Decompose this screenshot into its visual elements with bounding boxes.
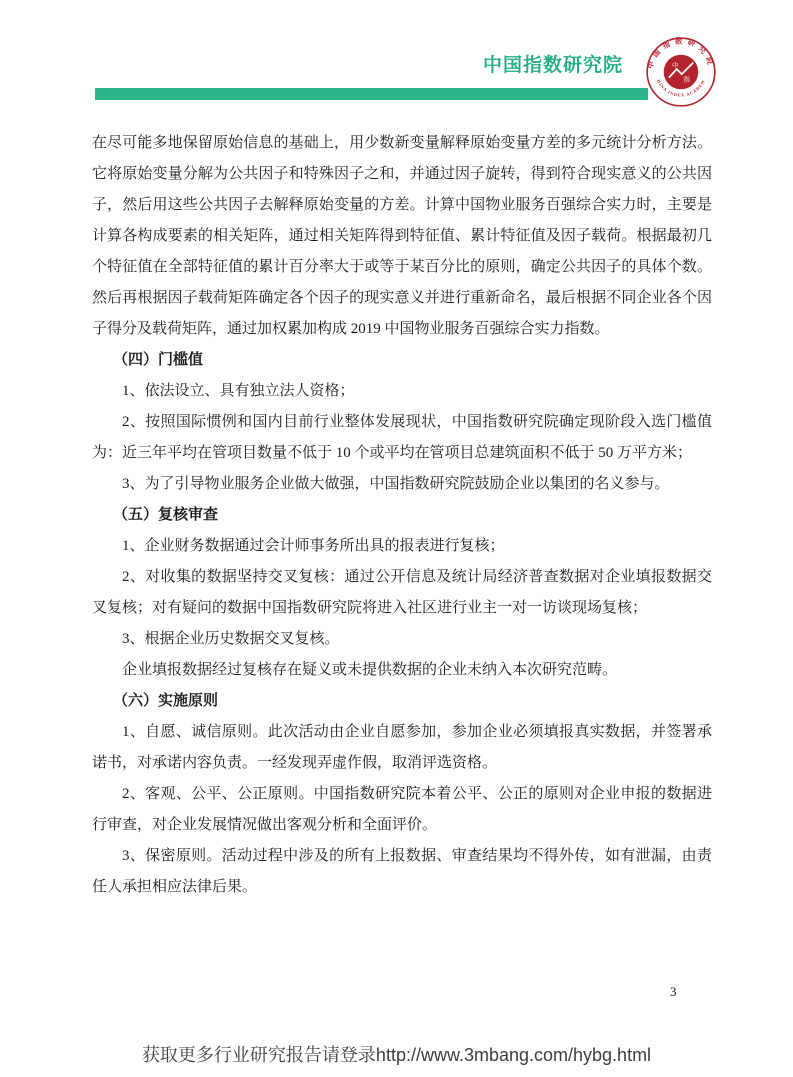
list-item: 1、依法设立、具有独立法人资格； <box>92 376 712 407</box>
list-item: 3、保密原则。活动过程中涉及的所有上报数据、审查结果均不得外传，如有泄漏，由责任… <box>92 841 712 903</box>
document-page: 中国指数研究院 中国指数研究院 CHINA INDEX ACADEMY 中 指 … <box>0 0 793 1077</box>
list-item: 1、企业财务数据通过会计师事务所出具的报表进行复核； <box>92 531 712 562</box>
page-number: 3 <box>670 984 677 1000</box>
list-item: 2、对收集的数据坚持交叉复核：通过公开信息及统计局经济普查数据对企业填报数据交叉… <box>92 562 712 624</box>
list-item: 企业填报数据经过复核存在疑义或未提供数据的企业未纳入本次研究范畴。 <box>92 655 712 686</box>
document-body: 在尽可能多地保留原始信息的基础上，用少数新变量解释原始变量方差的多元统计分析方法… <box>92 128 712 903</box>
footer-promo-text: 获取更多行业研究报告请登录http://www.3mbang.com/hybg.… <box>0 1041 793 1067</box>
list-item: 3、为了引导物业服务企业做大做强，中国指数研究院鼓励企业以集团的名义参与。 <box>92 469 712 500</box>
list-item: 3、根据企业历史数据交叉复核。 <box>92 624 712 655</box>
paragraph: 在尽可能多地保留原始信息的基础上，用少数新变量解释原始变量方差的多元统计分析方法… <box>92 128 712 345</box>
section-heading: （五）复核审查 <box>92 500 712 531</box>
seal-inner-disc <box>664 55 699 90</box>
seal-inner-char-top: 中 <box>672 61 679 70</box>
section-heading: （六）实施原则 <box>92 686 712 717</box>
list-item: 2、按照国际惯例和国内目前行业整体发展现状，中国指数研究院确定现阶段入选门槛值为… <box>92 407 712 469</box>
list-item: 2、客观、公平、公正原则。中国指数研究院本着公平、公正的原则对企业申报的数据进行… <box>92 779 712 841</box>
list-item: 1、自愿、诚信原则。此次活动由企业自愿参加，参加企业必须填报真实数据，并签署承诺… <box>92 717 712 779</box>
seal-inner-char-bottom: 指 <box>684 74 691 83</box>
china-index-academy-seal-icon: 中国指数研究院 CHINA INDEX ACADEMY 中 指 <box>645 36 717 108</box>
header-divider-bar <box>95 88 648 100</box>
section-heading: （四）门槛值 <box>92 345 712 376</box>
brand-title: 中国指数研究院 <box>483 50 623 77</box>
